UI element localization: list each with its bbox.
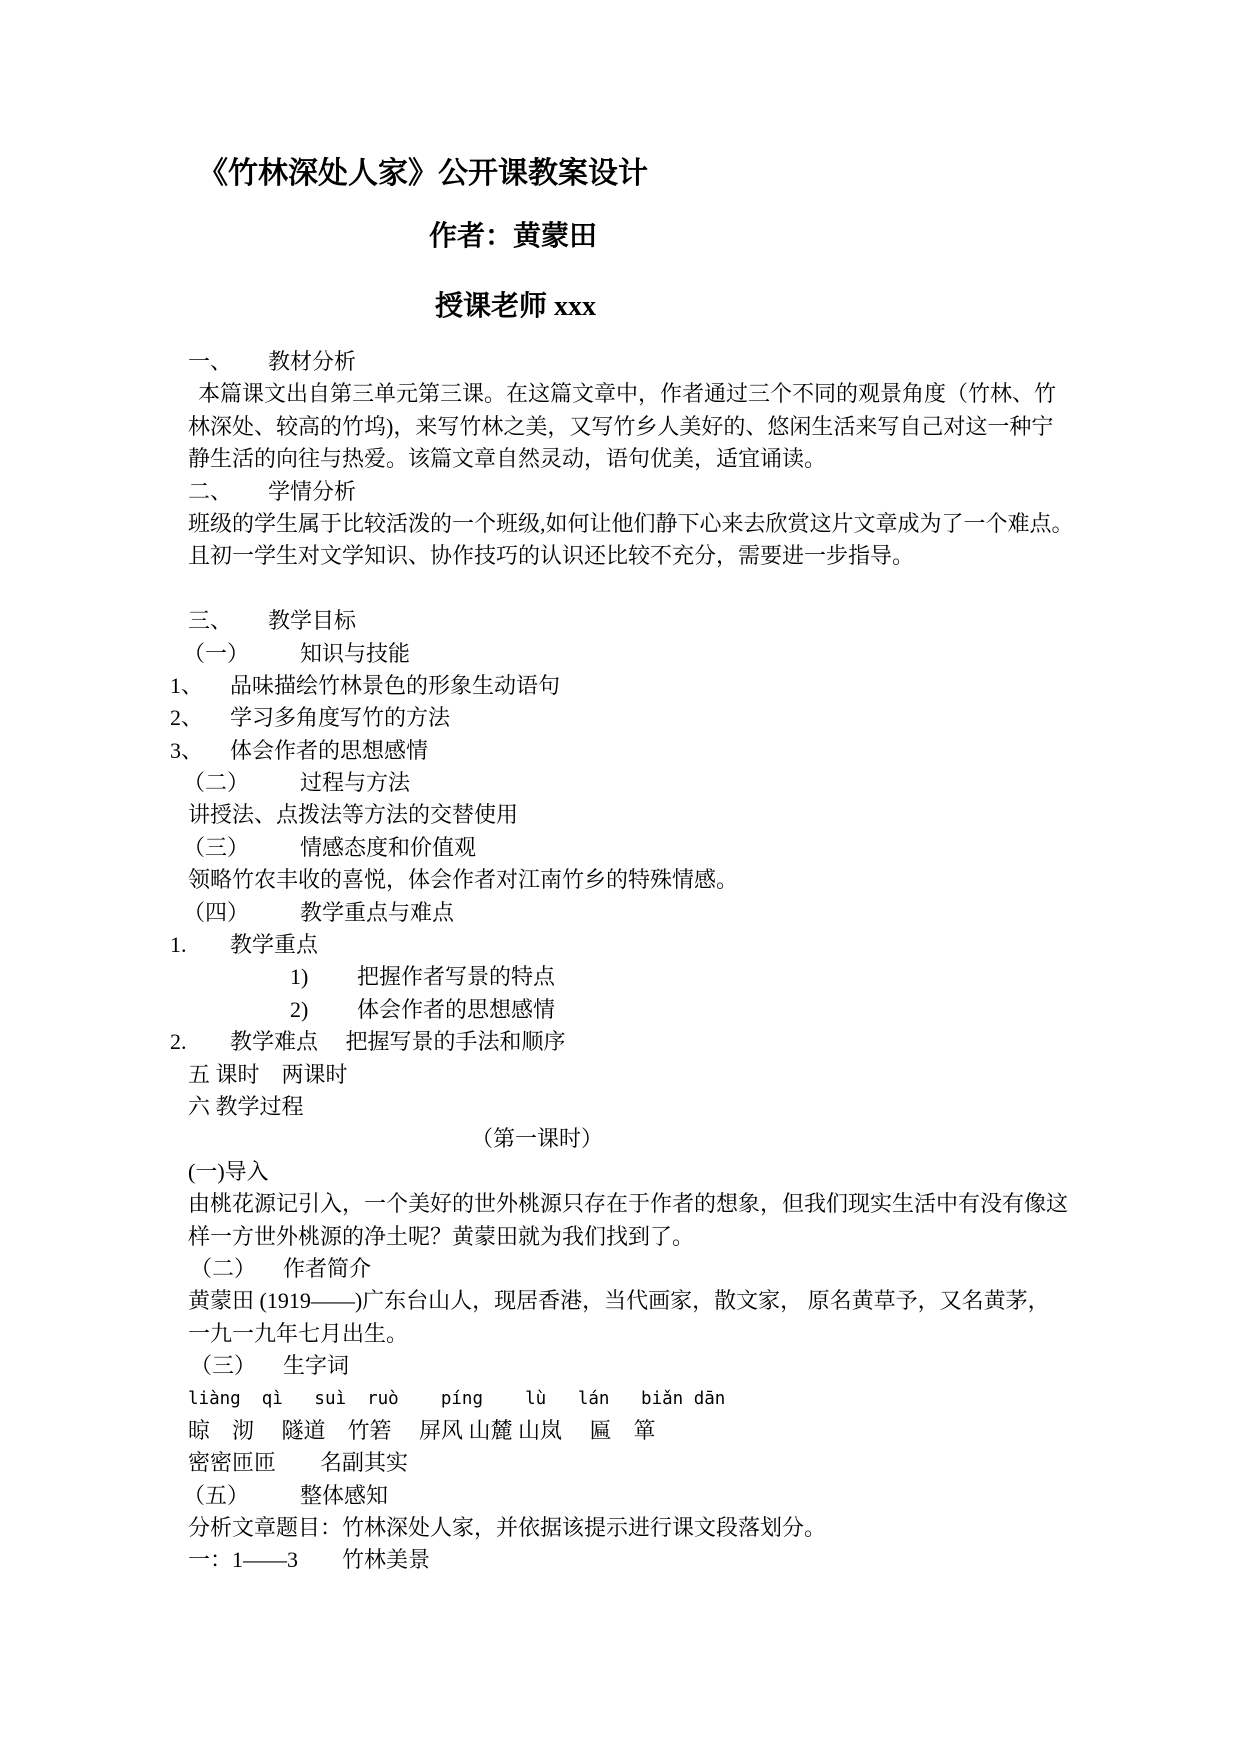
list-marker: 2): [290, 994, 357, 1026]
document-line: 一：1——3 竹林美景: [188, 1544, 1081, 1576]
list-marker: （三）: [190, 1350, 283, 1382]
list-marker: （四）: [183, 897, 300, 929]
document-line: 2)体会作者的思想感情: [290, 994, 1081, 1026]
document-line: 2.教学难点 把握写景的手法和顺序: [170, 1026, 1081, 1058]
line-text: 教学难点 把握写景的手法和顺序: [230, 1029, 566, 1054]
line-text: 教学目标: [268, 608, 356, 633]
document-line: 六 教学过程: [188, 1091, 1081, 1123]
document-line: 林深处、较高的竹坞)，来写竹林之美，又写竹乡人美好的、悠闲生活来写自己对这一种宁: [188, 411, 1081, 443]
document-line: 一、教材分析: [188, 346, 1081, 378]
document-line: 五 课时 两课时: [188, 1059, 1081, 1091]
document-line: 晾 沏 隧道 竹箬 屏风 山麓 山岚 匾 箪: [188, 1415, 1081, 1447]
document-content: 《竹林深处人家》公开课教案设计 作者：黄蒙田 授课老师 xxx 一、教材分析本篇…: [170, 0, 1081, 1577]
document-line: 黄蒙田 (1919——)广东台山人，现居香港，当代画家，散文家， 原名黄草予，又…: [188, 1285, 1081, 1317]
document-line: 1、品味描绘竹林景色的形象生动语句: [170, 670, 1081, 702]
line-text: 体会作者的思想感情: [230, 738, 428, 763]
document-line: 3、体会作者的思想感情: [170, 735, 1081, 767]
document-line: 班级的学生属于比较活泼的一个班级,如何让他们静下心来去欣赏这片文章成为了一个难点…: [188, 508, 1081, 540]
list-marker: 3、: [170, 735, 230, 767]
document-line: （五）整体感知: [183, 1480, 1081, 1512]
teacher-line: 授课老师 xxx: [435, 283, 1081, 331]
line-text: 学情分析: [268, 479, 356, 504]
line-text: 生字词: [283, 1353, 349, 1378]
document-line: 样一方世外桃源的净土呢？黄蒙田就为我们找到了。: [188, 1221, 1081, 1253]
document-line: (一)导入: [188, 1156, 1081, 1188]
line-text: 把握作者写景的特点: [357, 964, 555, 989]
list-marker: 2、: [170, 702, 230, 734]
document-line: 密密匝匝 名副其实: [188, 1447, 1081, 1479]
list-marker: 2.: [170, 1026, 230, 1058]
document-line: 1)把握作者写景的特点: [290, 961, 1081, 993]
document-line: （三）生字词: [190, 1350, 1081, 1382]
list-marker: 三、: [188, 605, 268, 637]
list-marker: 1): [290, 961, 357, 993]
document-line: 2、学习多角度写竹的方法: [170, 702, 1081, 734]
document-line: （三）情感态度和价值观: [183, 832, 1081, 864]
document-line: 1.教学重点: [170, 929, 1081, 961]
document-line: 讲授法、点拨法等方法的交替使用: [188, 799, 1081, 831]
document-line: 一九一九年七月出生。: [188, 1318, 1081, 1350]
document-line: 二、学情分析: [188, 476, 1081, 508]
document-line: （一）知识与技能: [183, 638, 1081, 670]
line-text: 过程与方法: [300, 770, 410, 795]
document-line: 且初一学生对文学知识、协作技巧的认识还比较不充分，需要进一步指导。: [188, 540, 1081, 572]
line-text: 整体感知: [300, 1483, 388, 1508]
author-line: 作者：黄蒙田: [429, 213, 1081, 261]
document-line: （二）过程与方法: [183, 767, 1081, 799]
list-marker: （二）: [183, 767, 300, 799]
document-line: liàng qì suì ruò píng lù lán biǎn dān: [188, 1383, 1081, 1415]
list-marker: 一、: [188, 346, 268, 378]
blank-line: [170, 573, 1081, 605]
document-page: 《竹林深处人家》公开课教案设计 作者：黄蒙田 授课老师 xxx 一、教材分析本篇…: [0, 0, 1241, 1754]
line-text: 教材分析: [268, 349, 356, 374]
list-marker: （三）: [183, 832, 300, 864]
line-text: 情感态度和价值观: [300, 835, 476, 860]
line-text: 教学重点: [230, 932, 318, 957]
list-marker: 1、: [170, 670, 230, 702]
list-marker: 二、: [188, 476, 268, 508]
line-text: 作者简介: [283, 1256, 371, 1281]
document-line: 三、教学目标: [188, 605, 1081, 637]
line-text: 教学重点与难点: [300, 900, 454, 925]
document-line: （第一课时）: [471, 1123, 1081, 1155]
line-text: 品味描绘竹林景色的形象生动语句: [230, 673, 560, 698]
document-line: 分析文章题目：竹林深处人家，并依据该提示进行课文段落划分。: [188, 1512, 1081, 1544]
document-line: 领略竹农丰收的喜悦，体会作者对江南竹乡的特殊情感。: [188, 864, 1081, 896]
document-line: （四）教学重点与难点: [183, 897, 1081, 929]
line-text: 体会作者的思想感情: [357, 997, 555, 1022]
list-marker: （二）: [190, 1253, 283, 1285]
document-line: 由桃花源记引入，一个美好的世外桃源只存在于作者的想象，但我们现实生活中有没有像这: [188, 1188, 1081, 1220]
line-text: 学习多角度写竹的方法: [230, 705, 450, 730]
document-line: 静生活的向往与热爱。该篇文章自然灵动，语句优美，适宜诵读。: [188, 443, 1081, 475]
list-marker: （五）: [183, 1480, 300, 1512]
document-line: （二）作者简介: [190, 1253, 1081, 1285]
list-marker: （一）: [183, 638, 300, 670]
document-line: 本篇课文出自第三单元第三课。在这篇文章中，作者通过三个不同的观景角度（竹林、竹: [188, 378, 1081, 410]
page-title: 《竹林深处人家》公开课教案设计: [198, 150, 1081, 198]
document-body: 一、教材分析本篇课文出自第三单元第三课。在这篇文章中，作者通过三个不同的观景角度…: [170, 346, 1081, 1577]
line-text: 知识与技能: [300, 641, 410, 666]
list-marker: 1.: [170, 929, 230, 961]
